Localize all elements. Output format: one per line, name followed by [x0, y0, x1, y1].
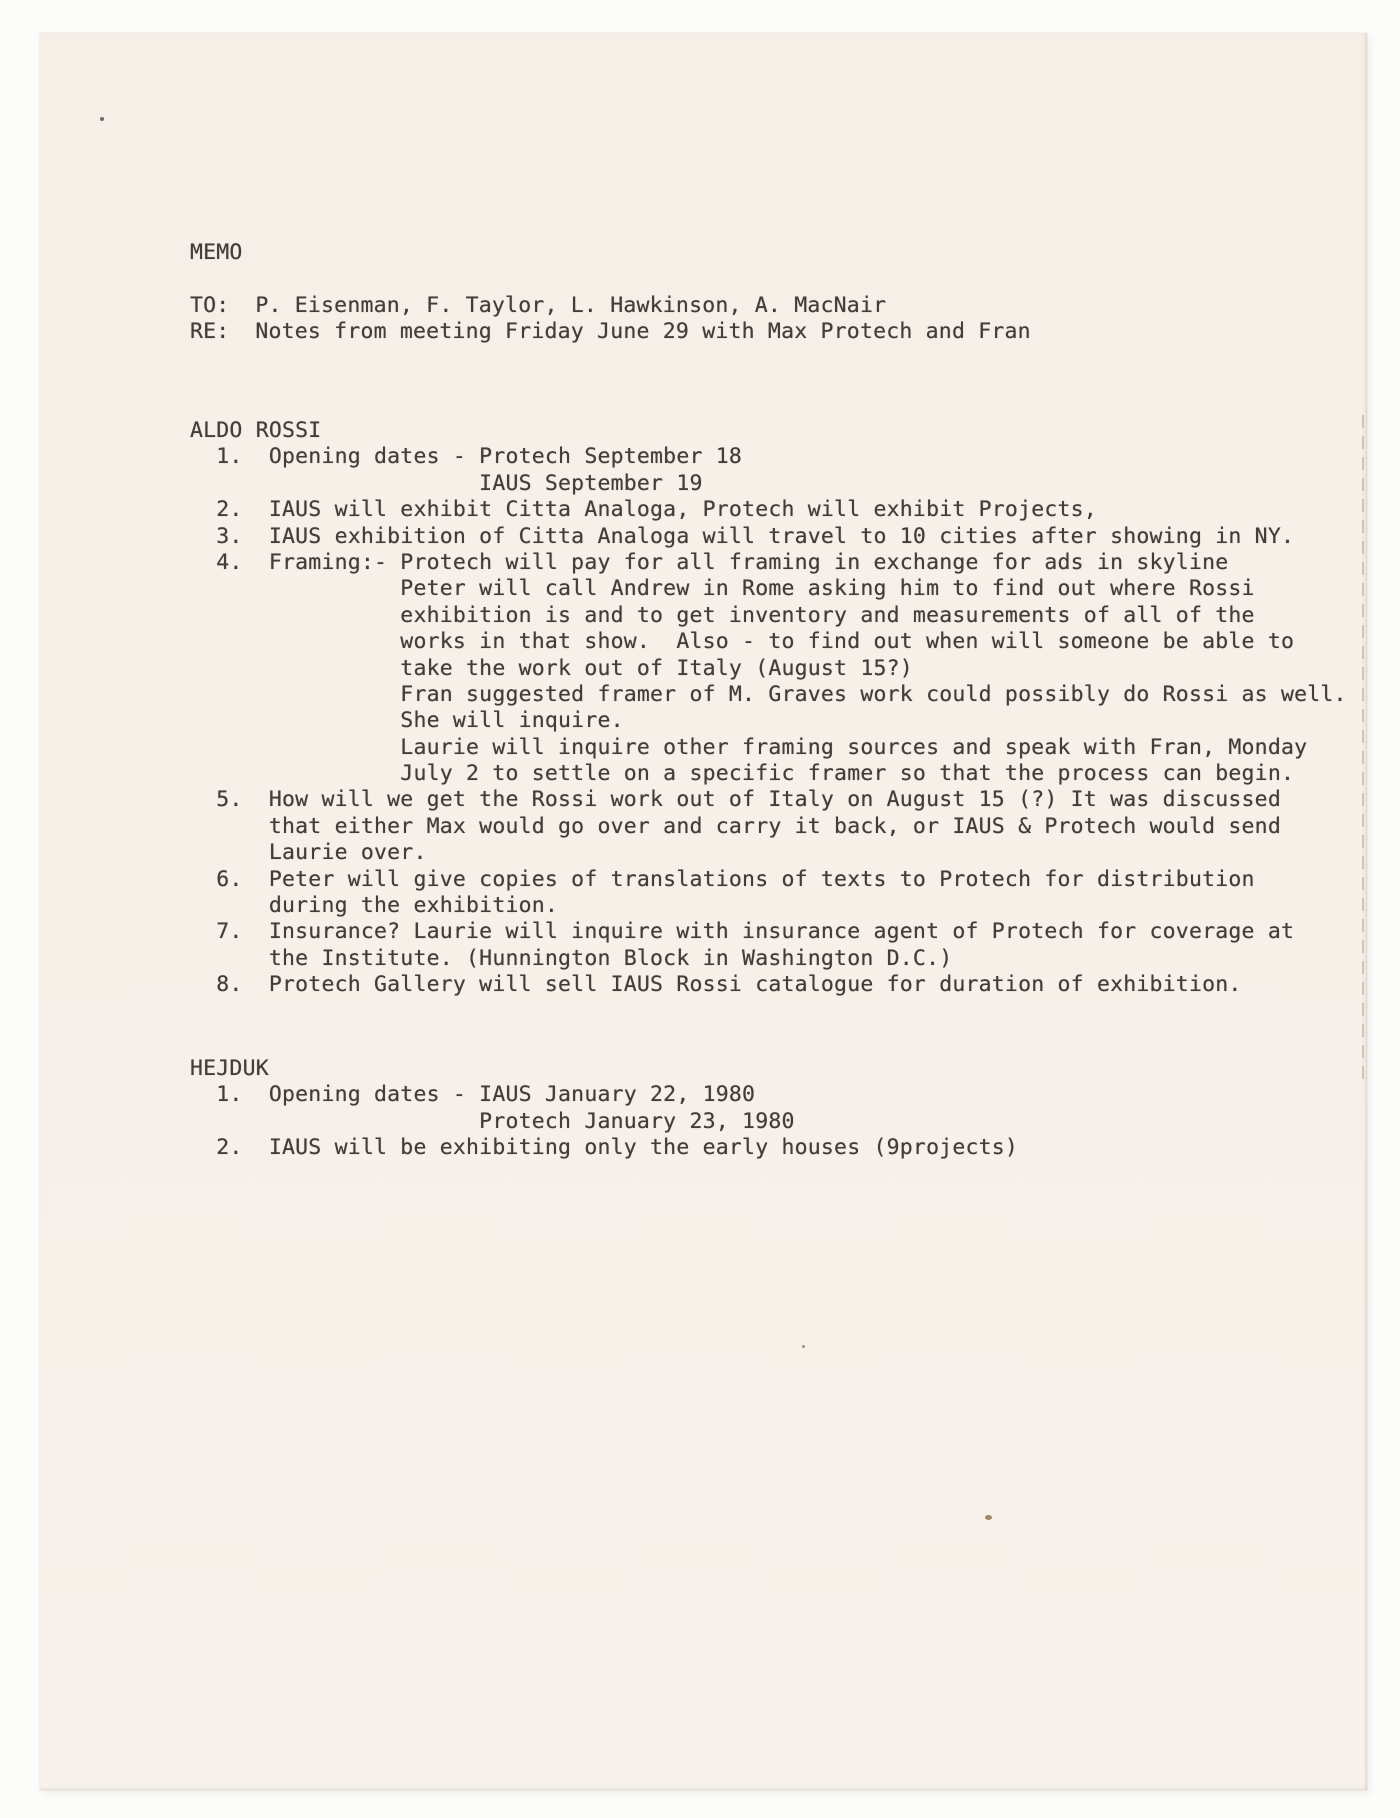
memo-line: Laurie over. [190, 840, 1347, 866]
memo-line: She will inquire. [190, 708, 1347, 734]
re-subject: Notes from meeting Friday June 29 with M… [255, 319, 1031, 344]
blank-line [190, 266, 1031, 292]
section-heading: ALDO ROSSI [190, 418, 1347, 444]
memo-line: IAUS September 19 [190, 471, 1347, 497]
memo-line: Peter will call Andrew in Rome asking hi… [190, 576, 1347, 602]
memo-line: works in that show. Also - to find out w… [190, 629, 1347, 655]
to-recipients: P. Eisenman, F. Taylor, L. Hawkinson, A.… [255, 293, 886, 318]
memo-line: Laurie will inquire other framing source… [190, 735, 1347, 761]
memo-re-line: RE:Notes from meeting Friday June 29 wit… [190, 319, 1031, 345]
memo-line: 6. Peter will give copies of translation… [190, 867, 1347, 893]
paper-speck [985, 1515, 992, 1520]
memo-line: 1. Opening dates - Protech September 18 [190, 444, 1347, 470]
memo-header: MEMO TO:P. Eisenman, F. Taylor, L. Hawki… [190, 240, 1031, 346]
memo-line: Protech January 23, 1980 [190, 1109, 1018, 1135]
scan-background: MEMO TO:P. Eisenman, F. Taylor, L. Hawki… [0, 0, 1400, 1818]
memo-line: 2. IAUS will exhibit Citta Analoga, Prot… [190, 497, 1347, 523]
memo-line: 8. Protech Gallery will sell IAUS Rossi … [190, 972, 1347, 998]
memo-line: July 2 to settle on a specific framer so… [190, 761, 1347, 787]
memo-line: 1. Opening dates - IAUS January 22, 1980 [190, 1082, 1018, 1108]
to-label: TO: [190, 293, 229, 318]
memo-line: the Institute. (Hunnington Block in Wash… [190, 946, 1347, 972]
memo-line: during the exhibition. [190, 893, 1347, 919]
paper-speck [100, 117, 104, 121]
memo-line: 7. Insurance? Laurie will inquire with i… [190, 919, 1347, 945]
memo-line: 2. IAUS will be exhibiting only the earl… [190, 1135, 1018, 1161]
memo-line: 5. How will we get the Rossi work out of… [190, 787, 1347, 813]
memo-to-line: TO:P. Eisenman, F. Taylor, L. Hawkinson,… [190, 293, 1031, 319]
section-heading: HEJDUK [190, 1056, 1018, 1082]
paper-speck [802, 1345, 805, 1348]
re-label: RE: [190, 319, 229, 344]
paper-edge-bleed-line [1362, 415, 1364, 1080]
section-hejduk: HEJDUK 1. Opening dates - IAUS January 2… [190, 1056, 1018, 1162]
memo-title: MEMO [190, 240, 1031, 266]
section-aldo-rossi: ALDO ROSSI 1. Opening dates - Protech Se… [190, 418, 1347, 999]
memo-document: MEMO TO:P. Eisenman, F. Taylor, L. Hawki… [40, 33, 1367, 1790]
memo-line: that either Max would go over and carry … [190, 814, 1347, 840]
memo-line: exhibition is and to get inventory and m… [190, 603, 1347, 629]
memo-line: 4. Framing:- Protech will pay for all fr… [190, 550, 1347, 576]
memo-line: Fran suggested framer of M. Graves work … [190, 682, 1347, 708]
memo-line: 3. IAUS exhibition of Citta Analoga will… [190, 524, 1347, 550]
memo-line: take the work out of Italy (August 15?) [190, 656, 1347, 682]
